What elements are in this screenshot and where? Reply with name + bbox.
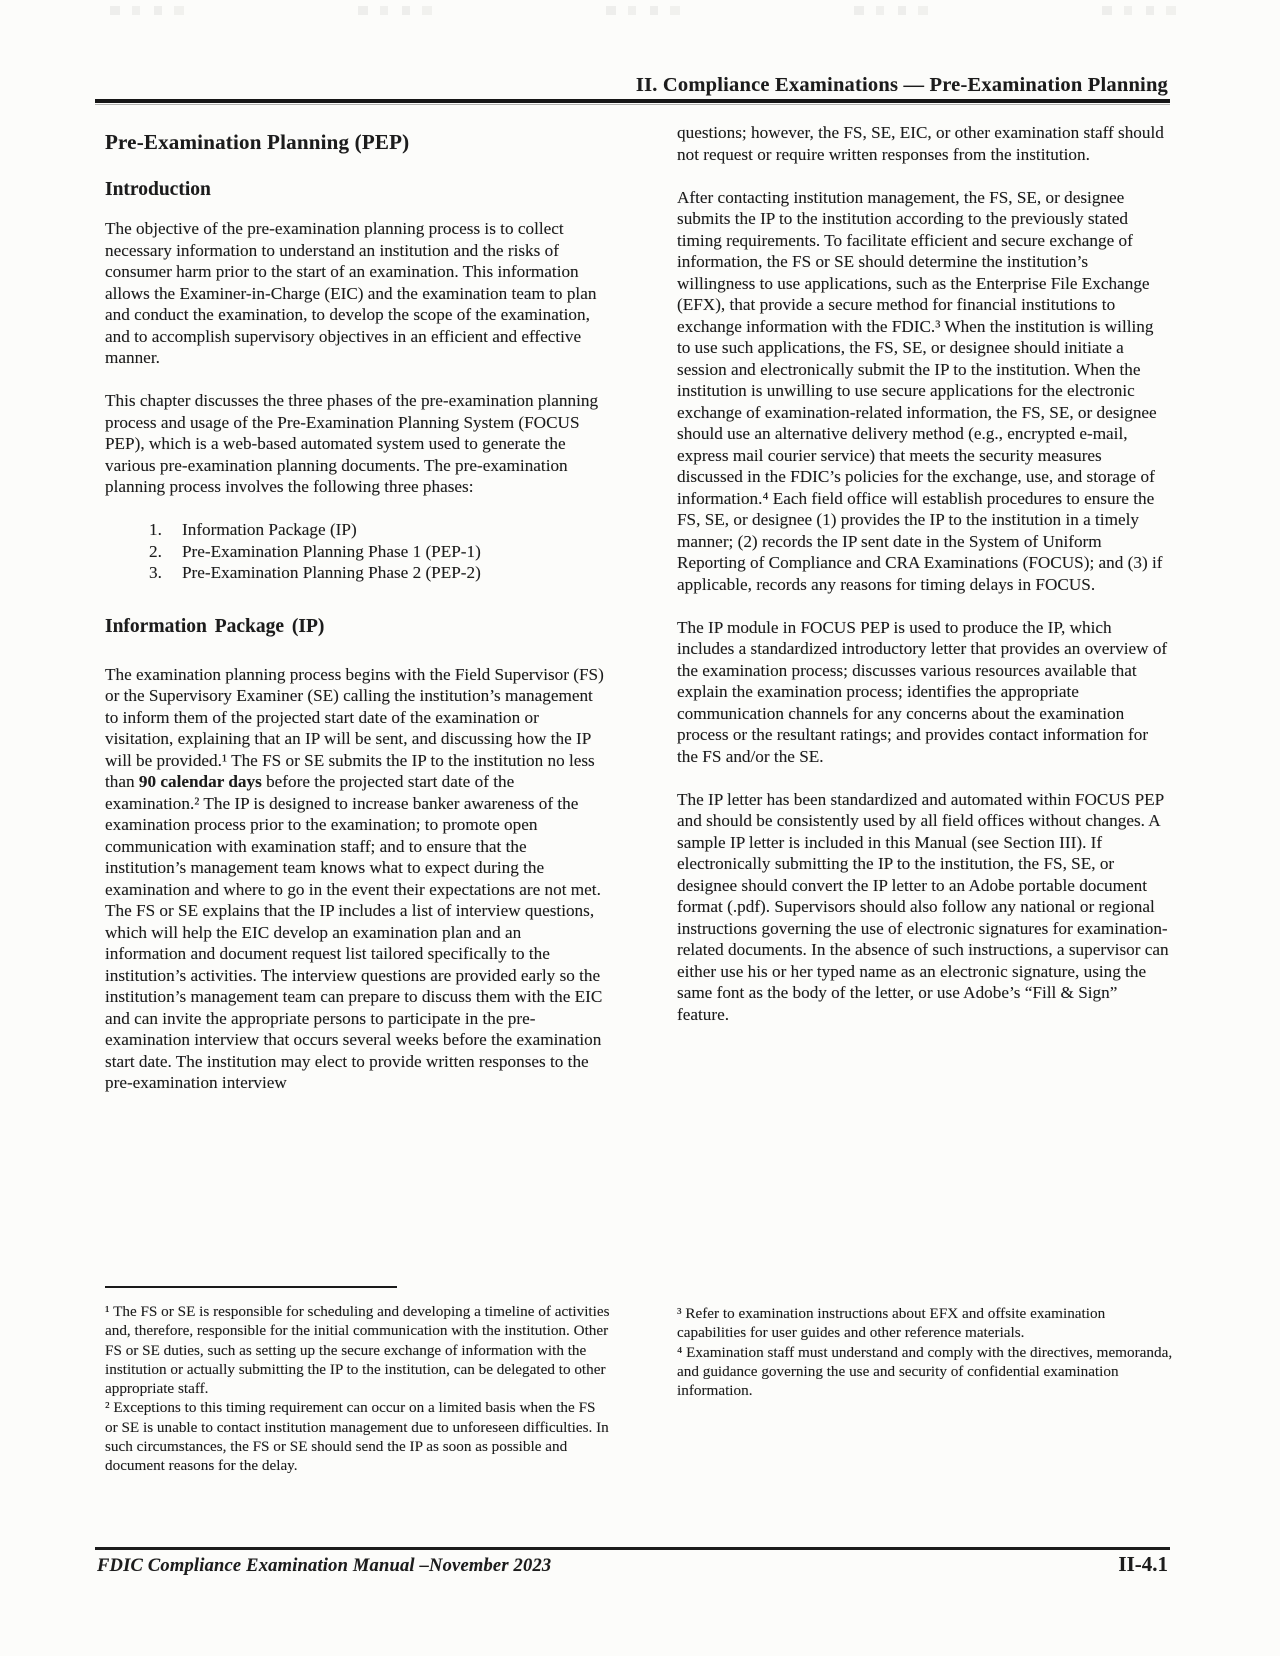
- intro-paragraph-2: This chapter discusses the three phases …: [105, 390, 604, 498]
- list-item-label: Pre-Examination Planning Phase 2 (PEP-2): [182, 562, 604, 584]
- right-column: questions; however, the FS, SE, EIC, or …: [677, 122, 1169, 1025]
- left-footnotes: ¹ The FS or SE is responsible for schedu…: [105, 1286, 610, 1476]
- list-item-number: 3.: [149, 562, 182, 584]
- ip-paragraph-text: before the projected start date of the e…: [105, 772, 602, 1092]
- ip-heading: Information Package (IP): [105, 614, 604, 640]
- footer-manual-title: FDIC Compliance Examination Manual –Nove…: [97, 1556, 551, 1577]
- continuation-paragraph: questions; however, the FS, SE, EIC, or …: [677, 122, 1169, 165]
- list-item-number: 1.: [149, 519, 182, 541]
- ip-paragraph-1: The examination planning process begins …: [105, 664, 604, 1094]
- intro-paragraph-1: The objective of the pre-examination pla…: [105, 218, 604, 369]
- left-column: Pre-Examination Planning (PEP) Introduct…: [105, 130, 604, 1094]
- header-rule: [95, 99, 1170, 106]
- intro-heading: Introduction: [105, 178, 604, 202]
- list-item: 1. Information Package (IP): [149, 519, 604, 541]
- footnote-1: ¹ The FS or SE is responsible for schedu…: [105, 1302, 610, 1398]
- list-item-number: 2.: [149, 541, 182, 563]
- footnote-3: ³ Refer to examination instructions abou…: [677, 1304, 1177, 1343]
- list-item-label: Pre-Examination Planning Phase 1 (PEP-1): [182, 541, 604, 563]
- footer-page-number: II-4.1: [1118, 1552, 1168, 1577]
- ip-paragraph-bold-90-days: 90 calendar days: [139, 772, 262, 791]
- document-page: II. Compliance Examinations — Pre-Examin…: [0, 0, 1280, 1656]
- footnote-2: ² Exceptions to this timing requirement …: [105, 1398, 610, 1475]
- section-title: Pre-Examination Planning (PEP): [105, 130, 604, 154]
- footnote-separator: [105, 1286, 397, 1288]
- list-item: 3. Pre-Examination Planning Phase 2 (PEP…: [149, 562, 604, 584]
- footer-rule: [95, 1547, 1170, 1550]
- list-item: 2. Pre-Examination Planning Phase 1 (PEP…: [149, 541, 604, 563]
- footnote-4: ⁴ Examination staff must understand and …: [677, 1343, 1177, 1401]
- ip-module-paragraph: The IP module in FOCUS PEP is used to pr…: [677, 617, 1169, 768]
- page-header-title: II. Compliance Examinations — Pre-Examin…: [636, 74, 1168, 97]
- right-footnotes: ³ Refer to examination instructions abou…: [677, 1304, 1177, 1400]
- submission-paragraph: After contacting institution management,…: [677, 187, 1169, 596]
- phase-list: 1. Information Package (IP) 2. Pre-Exami…: [105, 519, 604, 584]
- scan-artifacts: [110, 6, 1210, 15]
- ip-letter-paragraph: The IP letter has been standardized and …: [677, 789, 1169, 1026]
- list-item-label: Information Package (IP): [182, 519, 604, 541]
